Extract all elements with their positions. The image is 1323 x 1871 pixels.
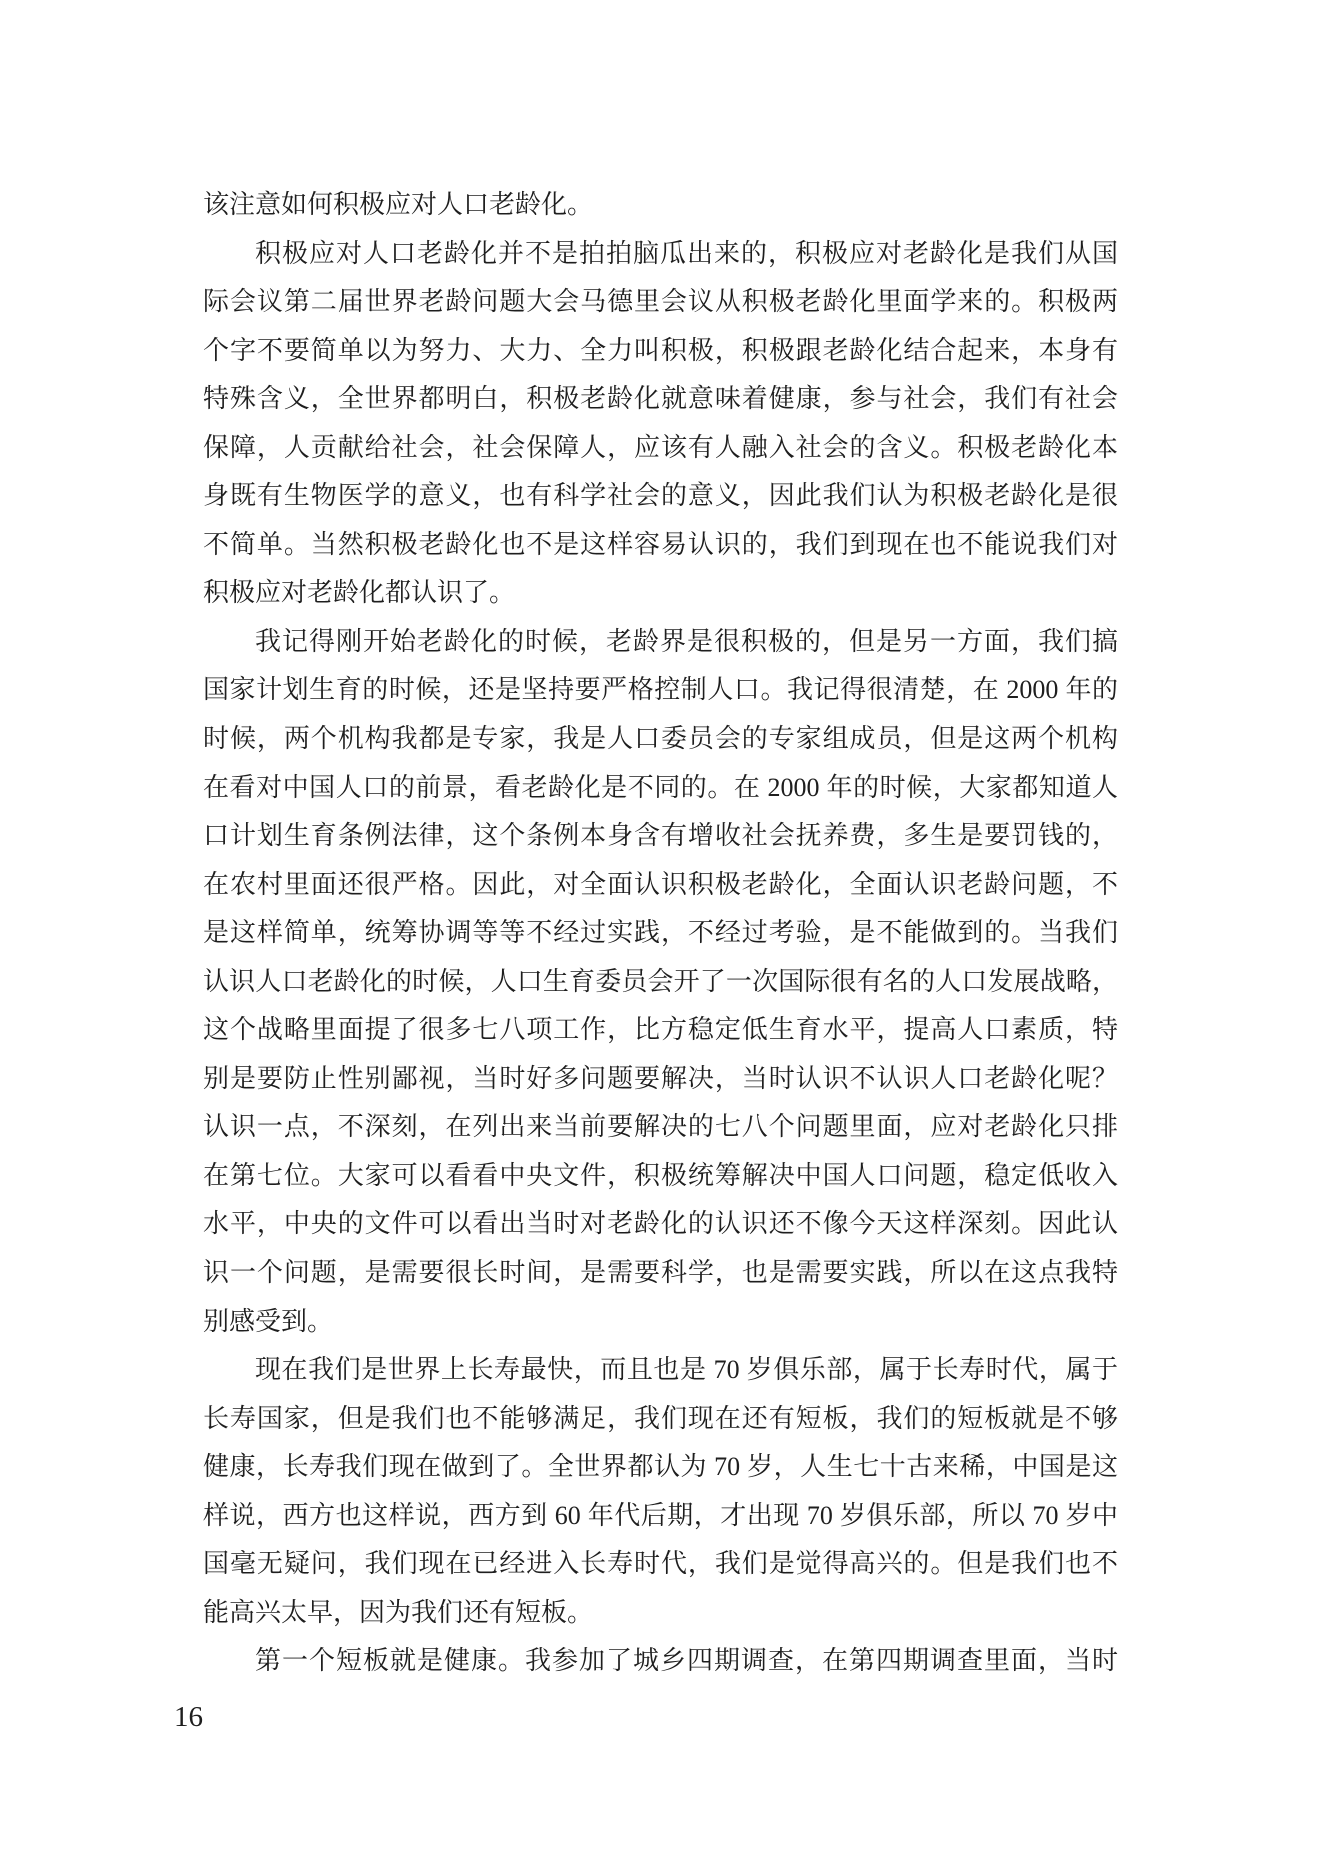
text-line: 这个战略里面提了很多七八项工作，比方稳定低生育水平，提高人口素质，特 xyxy=(203,1006,1118,1055)
document-page: 该注意如何积极应对人口老龄化。积极应对人口老龄化并不是拍拍脑瓜出来的，积极应对老… xyxy=(0,0,1323,1871)
text-line: 在第七位。大家可以看看中央文件，积极统筹解决中国人口问题，稳定低收入 xyxy=(203,1152,1118,1201)
text-line: 特殊含义，全世界都明白，积极老龄化就意味着健康，参与社会，我们有社会 xyxy=(203,375,1118,424)
text-line: 别感受到。 xyxy=(203,1298,1118,1347)
text-line: 身既有生物医学的意义，也有科学社会的意义，因此我们认为积极老龄化是很 xyxy=(203,472,1118,521)
text-line: 不简单。当然积极老龄化也不是这样容易认识的，我们到现在也不能说我们对 xyxy=(203,521,1118,570)
page-number: 16 xyxy=(174,1700,203,1734)
text-line: 该注意如何积极应对人口老龄化。 xyxy=(203,181,1118,230)
text-line: 国毫无疑问，我们现在已经进入长寿时代，我们是觉得高兴的。但是我们也不 xyxy=(203,1540,1118,1589)
text-line: 在看对中国人口的前景，看老龄化是不同的。在 2000 年的时候，大家都知道人 xyxy=(203,764,1118,813)
text-line: 保障，人贡献给社会，社会保障人，应该有人融入社会的含义。积极老龄化本 xyxy=(203,424,1118,473)
text-line: 际会议第二届世界老龄问题大会马德里会议从积极老龄化里面学来的。积极两 xyxy=(203,278,1118,327)
text-line: 认识人口老龄化的时候，人口生育委员会开了一次国际很有名的人口发展战略， xyxy=(203,958,1118,1007)
text-line: 积极应对人口老龄化并不是拍拍脑瓜出来的，积极应对老龄化是我们从国 xyxy=(203,230,1118,279)
text-line: 第一个短板就是健康。我参加了城乡四期调查，在第四期调查里面，当时 xyxy=(203,1637,1118,1686)
text-line: 个字不要简单以为努力、大力、全力叫积极，积极跟老龄化结合起来，本身有 xyxy=(203,327,1118,376)
text-line: 识一个问题，是需要很长时间，是需要科学，也是需要实践，所以在这点我特 xyxy=(203,1249,1118,1298)
text-line: 别是要防止性别鄙视，当时好多问题要解决，当时认识不认识人口老龄化呢？ xyxy=(203,1055,1118,1104)
text-line: 认识一点，不深刻，在列出来当前要解决的七八个问题里面，应对老龄化只排 xyxy=(203,1103,1118,1152)
text-line: 在农村里面还很严格。因此，对全面认识积极老龄化，全面认识老龄问题，不 xyxy=(203,861,1118,910)
text-line: 样说，西方也这样说，西方到 60 年代后期，才出现 70 岁俱乐部，所以 70 … xyxy=(203,1492,1118,1541)
text-line: 能高兴太早，因为我们还有短板。 xyxy=(203,1589,1118,1638)
text-line: 长寿国家，但是我们也不能够满足，我们现在还有短板，我们的短板就是不够 xyxy=(203,1395,1118,1444)
text-line: 水平，中央的文件可以看出当时对老龄化的认识还不像今天这样深刻。因此认 xyxy=(203,1200,1118,1249)
text-line: 口计划生育条例法律，这个条例本身含有增收社会抚养费，多生是要罚钱的， xyxy=(203,812,1118,861)
text-line: 我记得刚开始老龄化的时候，老龄界是很积极的，但是另一方面，我们搞 xyxy=(203,618,1118,667)
text-line: 健康，长寿我们现在做到了。全世界都认为 70 岁，人生七十古来稀，中国是这 xyxy=(203,1443,1118,1492)
text-block: 该注意如何积极应对人口老龄化。积极应对人口老龄化并不是拍拍脑瓜出来的，积极应对老… xyxy=(203,181,1118,1686)
text-line: 时候，两个机构我都是专家，我是人口委员会的专家组成员，但是这两个机构 xyxy=(203,715,1118,764)
text-line: 是这样简单，统筹协调等等不经过实践，不经过考验，是不能做到的。当我们 xyxy=(203,909,1118,958)
text-line: 现在我们是世界上长寿最快，而且也是 70 岁俱乐部，属于长寿时代，属于 xyxy=(203,1346,1118,1395)
text-line: 积极应对老龄化都认识了。 xyxy=(203,569,1118,618)
text-line: 国家计划生育的时候，还是坚持要严格控制人口。我记得很清楚，在 2000 年的 xyxy=(203,666,1118,715)
